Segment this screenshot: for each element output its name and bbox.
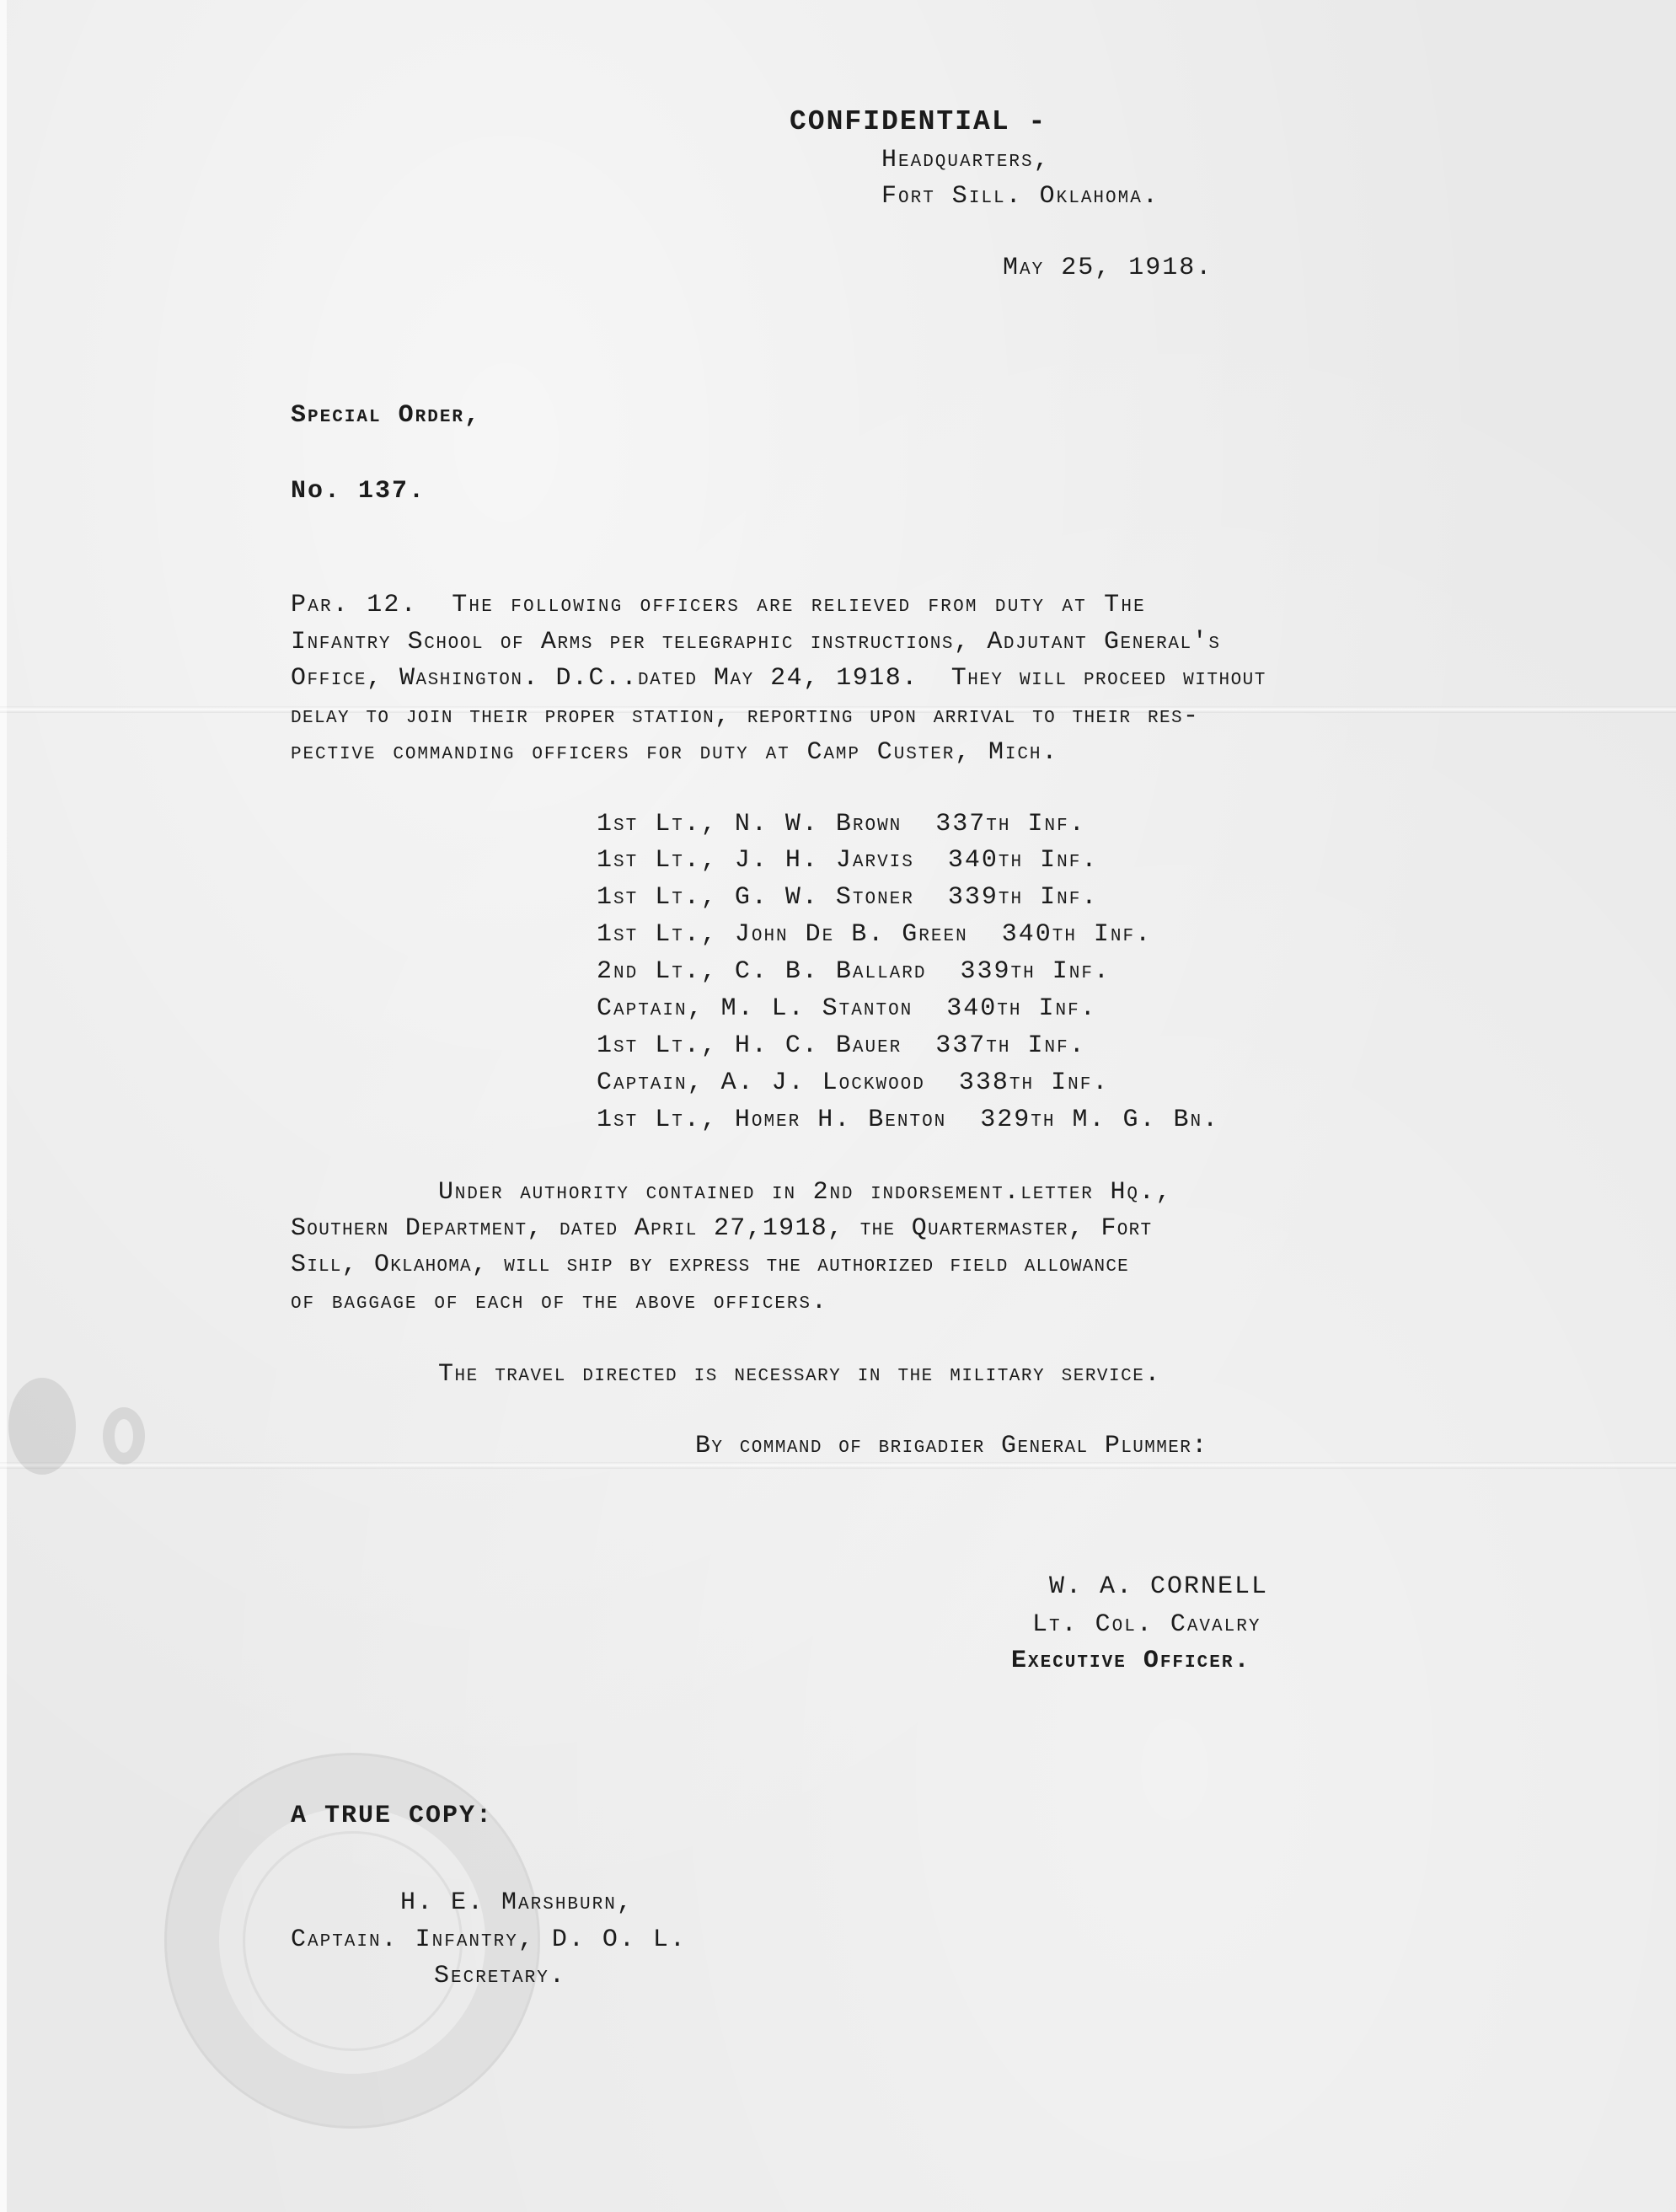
officer-entry: 1st Lt., N. W. Brown 337th Inf. bbox=[597, 811, 1086, 837]
signatory-rank: Lt. Col. Cavalry bbox=[1032, 1612, 1261, 1637]
officer-entry: Captain, M. L. Stanton 340th Inf. bbox=[597, 996, 1097, 1021]
order-type: Special Order, bbox=[291, 403, 481, 428]
travel-note: The travel directed is necessary in the … bbox=[438, 1362, 1161, 1387]
fold-crease bbox=[0, 1462, 1676, 1469]
water-stain bbox=[103, 1407, 145, 1465]
officer-entry: 1st Lt., Homer H. Benton 329th M. G. Bn. bbox=[597, 1107, 1219, 1133]
true-copy-label: A TRUE COPY: bbox=[291, 1803, 493, 1829]
paragraph-line: pective commanding officers for duty at … bbox=[291, 740, 1058, 765]
signatory-title: Executive Officer. bbox=[1011, 1648, 1250, 1674]
true-copy-title: Secretary. bbox=[434, 1963, 566, 1989]
classification-label: CONFIDENTIAL - bbox=[790, 108, 1047, 136]
document-date: May 25, 1918. bbox=[1003, 255, 1213, 281]
paragraph-line: Infantry School of Arms per telegraphic … bbox=[291, 629, 1221, 655]
water-stain bbox=[8, 1378, 76, 1475]
location-label: Fort Sill. Oklahoma. bbox=[881, 184, 1159, 209]
officer-entry: Captain, A. J. Lockwood 338th Inf. bbox=[597, 1070, 1109, 1095]
authority-line: Sill, Oklahoma, will ship by express the… bbox=[291, 1252, 1129, 1277]
authority-line: of baggage of each of the above officers… bbox=[291, 1289, 828, 1315]
page-edge bbox=[0, 0, 7, 2212]
headquarters-label: Headquarters, bbox=[881, 147, 1051, 173]
command-line: By command of brigadier General Plummer: bbox=[695, 1433, 1208, 1459]
paragraph-line: delay to join their proper station, repo… bbox=[291, 704, 1199, 729]
officer-entry: 1st Lt., John De B. Green 340th Inf. bbox=[597, 922, 1152, 947]
officer-entry: 1st Lt., J. H. Jarvis 340th Inf. bbox=[597, 848, 1098, 873]
officer-entry: 1st Lt., G. W. Stoner 339th Inf. bbox=[597, 885, 1098, 910]
officer-entry: 1st Lt., H. C. Bauer 337th Inf. bbox=[597, 1033, 1086, 1058]
authority-line: Under authority contained in 2nd indorse… bbox=[438, 1180, 1172, 1205]
signatory-name: W. A. CORNELL bbox=[1049, 1574, 1268, 1599]
authority-line: Southern Department, dated April 27,1918… bbox=[291, 1216, 1152, 1241]
order-number: No. 137. bbox=[291, 479, 426, 504]
true-copy-name: H. E. Marshburn, bbox=[400, 1890, 634, 1915]
officer-entry: 2nd Lt., C. B. Ballard 339th Inf. bbox=[597, 959, 1111, 984]
true-copy-rank: Captain. Infantry, D. O. L. bbox=[291, 1927, 687, 1952]
paragraph-line: Office, Washington. D.C..dated May 24, 1… bbox=[291, 666, 1266, 691]
paragraph-line: Par. 12. The following officers are reli… bbox=[291, 592, 1146, 618]
